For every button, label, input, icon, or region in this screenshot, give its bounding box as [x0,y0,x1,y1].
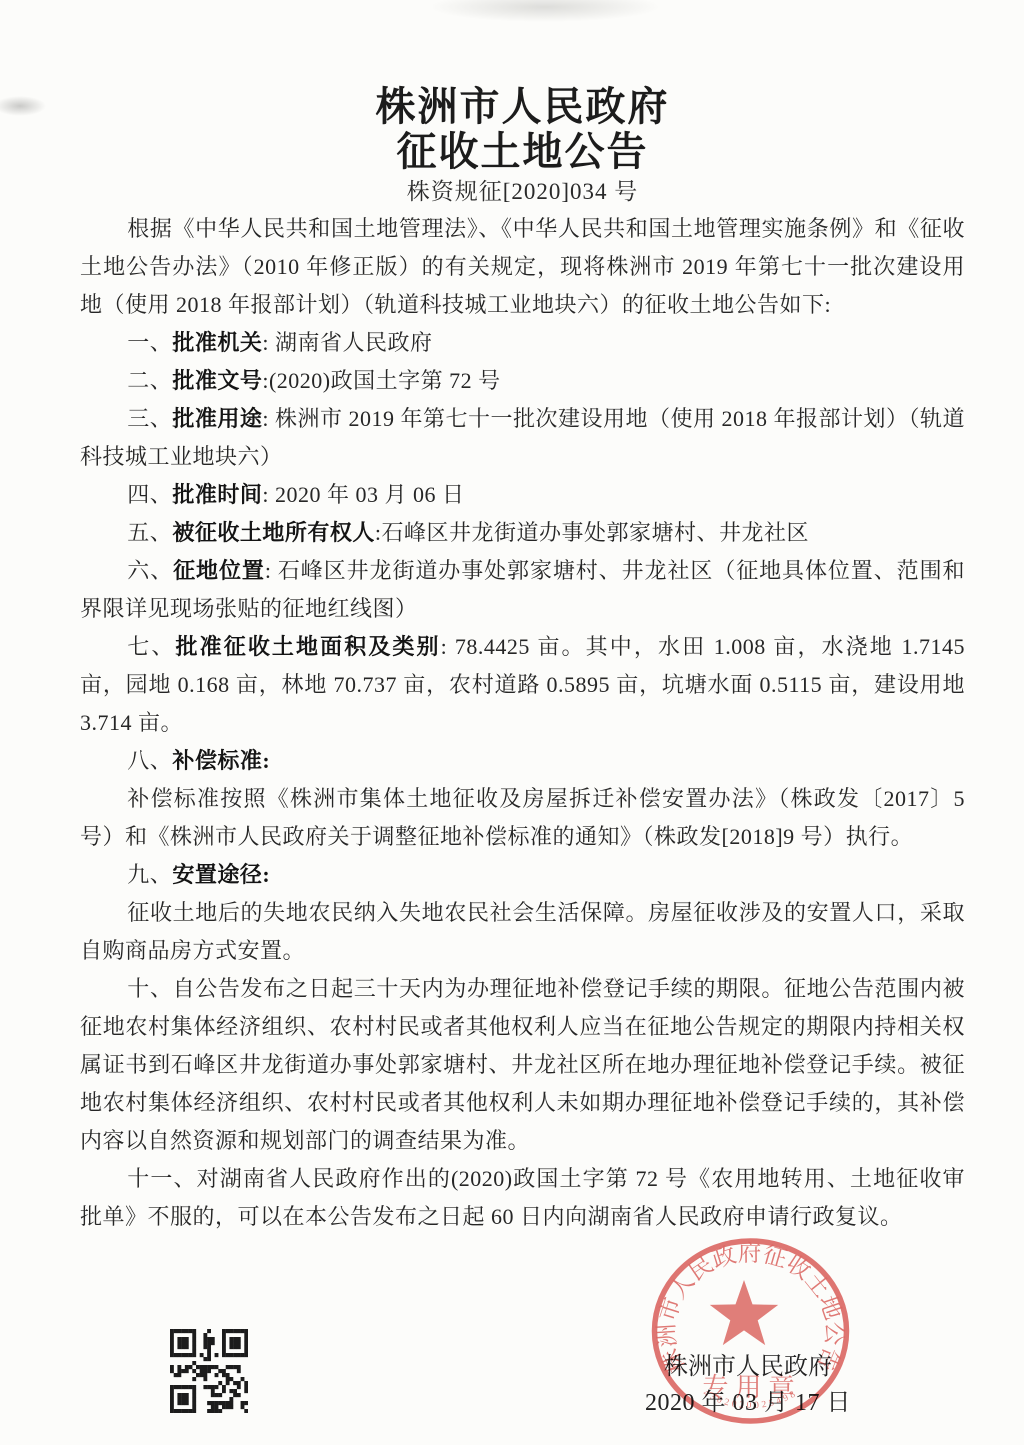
scan-smudge [0,96,46,116]
item-approval-authority: 一、批准机关: 湖南省人民政府 [80,324,965,362]
doc-number: 株资规征[2020]034 号 [80,174,965,210]
item-land-location: 六、征地位置: 石峰区井龙街道办事处郭家塘村、井龙社区（征地具体位置、范围和界限… [80,552,965,628]
item-resettlement-header: 九、安置途径: [80,856,965,894]
body-text: 根据《中华人民共和国土地管理法》、《中华人民共和国土地管理实施条例》和《征收土地… [80,210,965,1236]
doc-title-line1: 株洲市人民政府 [80,84,965,129]
administrative-review-paragraph: 十一、对湖南省人民政府作出的(2020)政国土字第 72 号《农用地转用、土地征… [80,1160,965,1236]
item-approval-number: 二、批准文号:(2020)政国土字第 72 号 [80,362,965,400]
item-approved-use: 三、批准用途: 株洲市 2019 年第七十一批次建设用地（使用 2018 年报部… [80,400,965,476]
document-body: 株洲市人民政府 征收土地公告 株资规征[2020]034 号 根据《中华人民共和… [80,84,965,1236]
seal-star-icon [710,1280,778,1345]
qr-code [170,1329,248,1413]
official-seal: 株洲市人民政府征收土地公告 专用章 4302020025498 [648,1236,853,1426]
registration-deadline-paragraph: 十、自公告发布之日起三十天内为办理征地补偿登记手续的期限。征地公告范围内被征地农… [80,970,965,1160]
doc-title-line2: 征收土地公告 [80,129,965,174]
item-approval-date: 四、批准时间: 2020 年 03 月 06 日 [80,476,965,514]
item-compensation-header: 八、补偿标准: [80,742,965,780]
resettlement-paragraph: 征收土地后的失地农民纳入失地农民社会生活保障。房屋征收涉及的安置人口，采取自购商… [80,894,965,970]
scanned-announcement-page: 株洲市人民政府 征收土地公告 株资规征[2020]034 号 根据《中华人民共和… [0,0,1024,1445]
compensation-paragraph: 补偿标准按照《株洲市集体土地征收及房屋拆迁补偿安置办法》（株政发〔2017〕5 … [80,780,965,856]
item-land-owner: 五、被征收土地所有权人:石峰区井龙街道办事处郭家塘村、井龙社区 [80,514,965,552]
intro-paragraph: 根据《中华人民共和国土地管理法》、《中华人民共和国土地管理实施条例》和《征收土地… [80,210,965,324]
scan-smudge [430,0,660,22]
item-land-area: 七、批准征收土地面积及类别: 78.4425 亩。其中，水田 1.008 亩，水… [80,628,965,742]
